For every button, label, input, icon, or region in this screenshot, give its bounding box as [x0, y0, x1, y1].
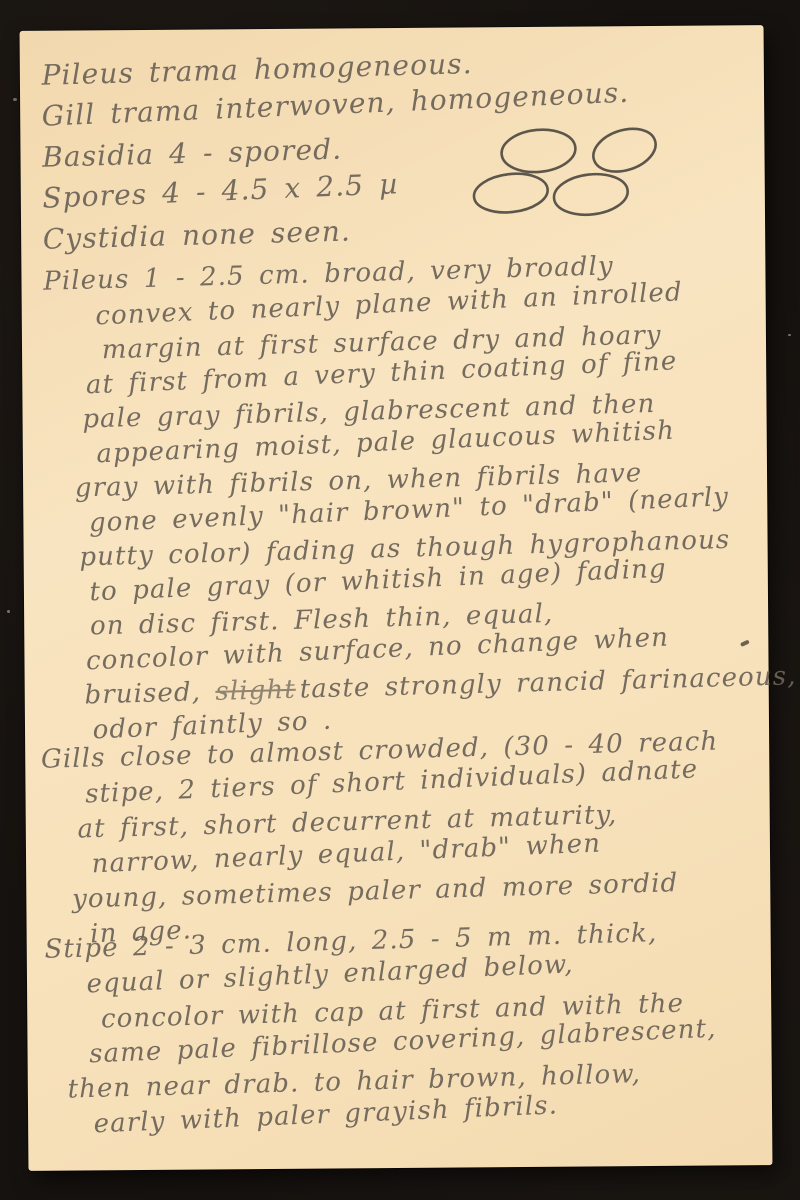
stipe-paragraph: Stipe 2 - 3 cm. long, 2.5 - 5 m m. thick… [45, 927, 718, 1142]
dust-speck [7, 610, 10, 613]
struck-out-word: slight [215, 675, 296, 707]
spore-outline [500, 126, 578, 175]
spore-sketch [468, 124, 665, 222]
spore-outline [472, 170, 550, 216]
spore-outline [588, 124, 661, 179]
notecard: Pileus trama homogeneous. Gill trama int… [20, 25, 773, 1171]
spore-outline [552, 170, 630, 218]
pileus-paragraph: Pileus 1 - 2.5 cm. broad, very broadly c… [43, 259, 797, 748]
dust-speck [13, 98, 17, 101]
line-fragment: bruised, [84, 677, 216, 711]
